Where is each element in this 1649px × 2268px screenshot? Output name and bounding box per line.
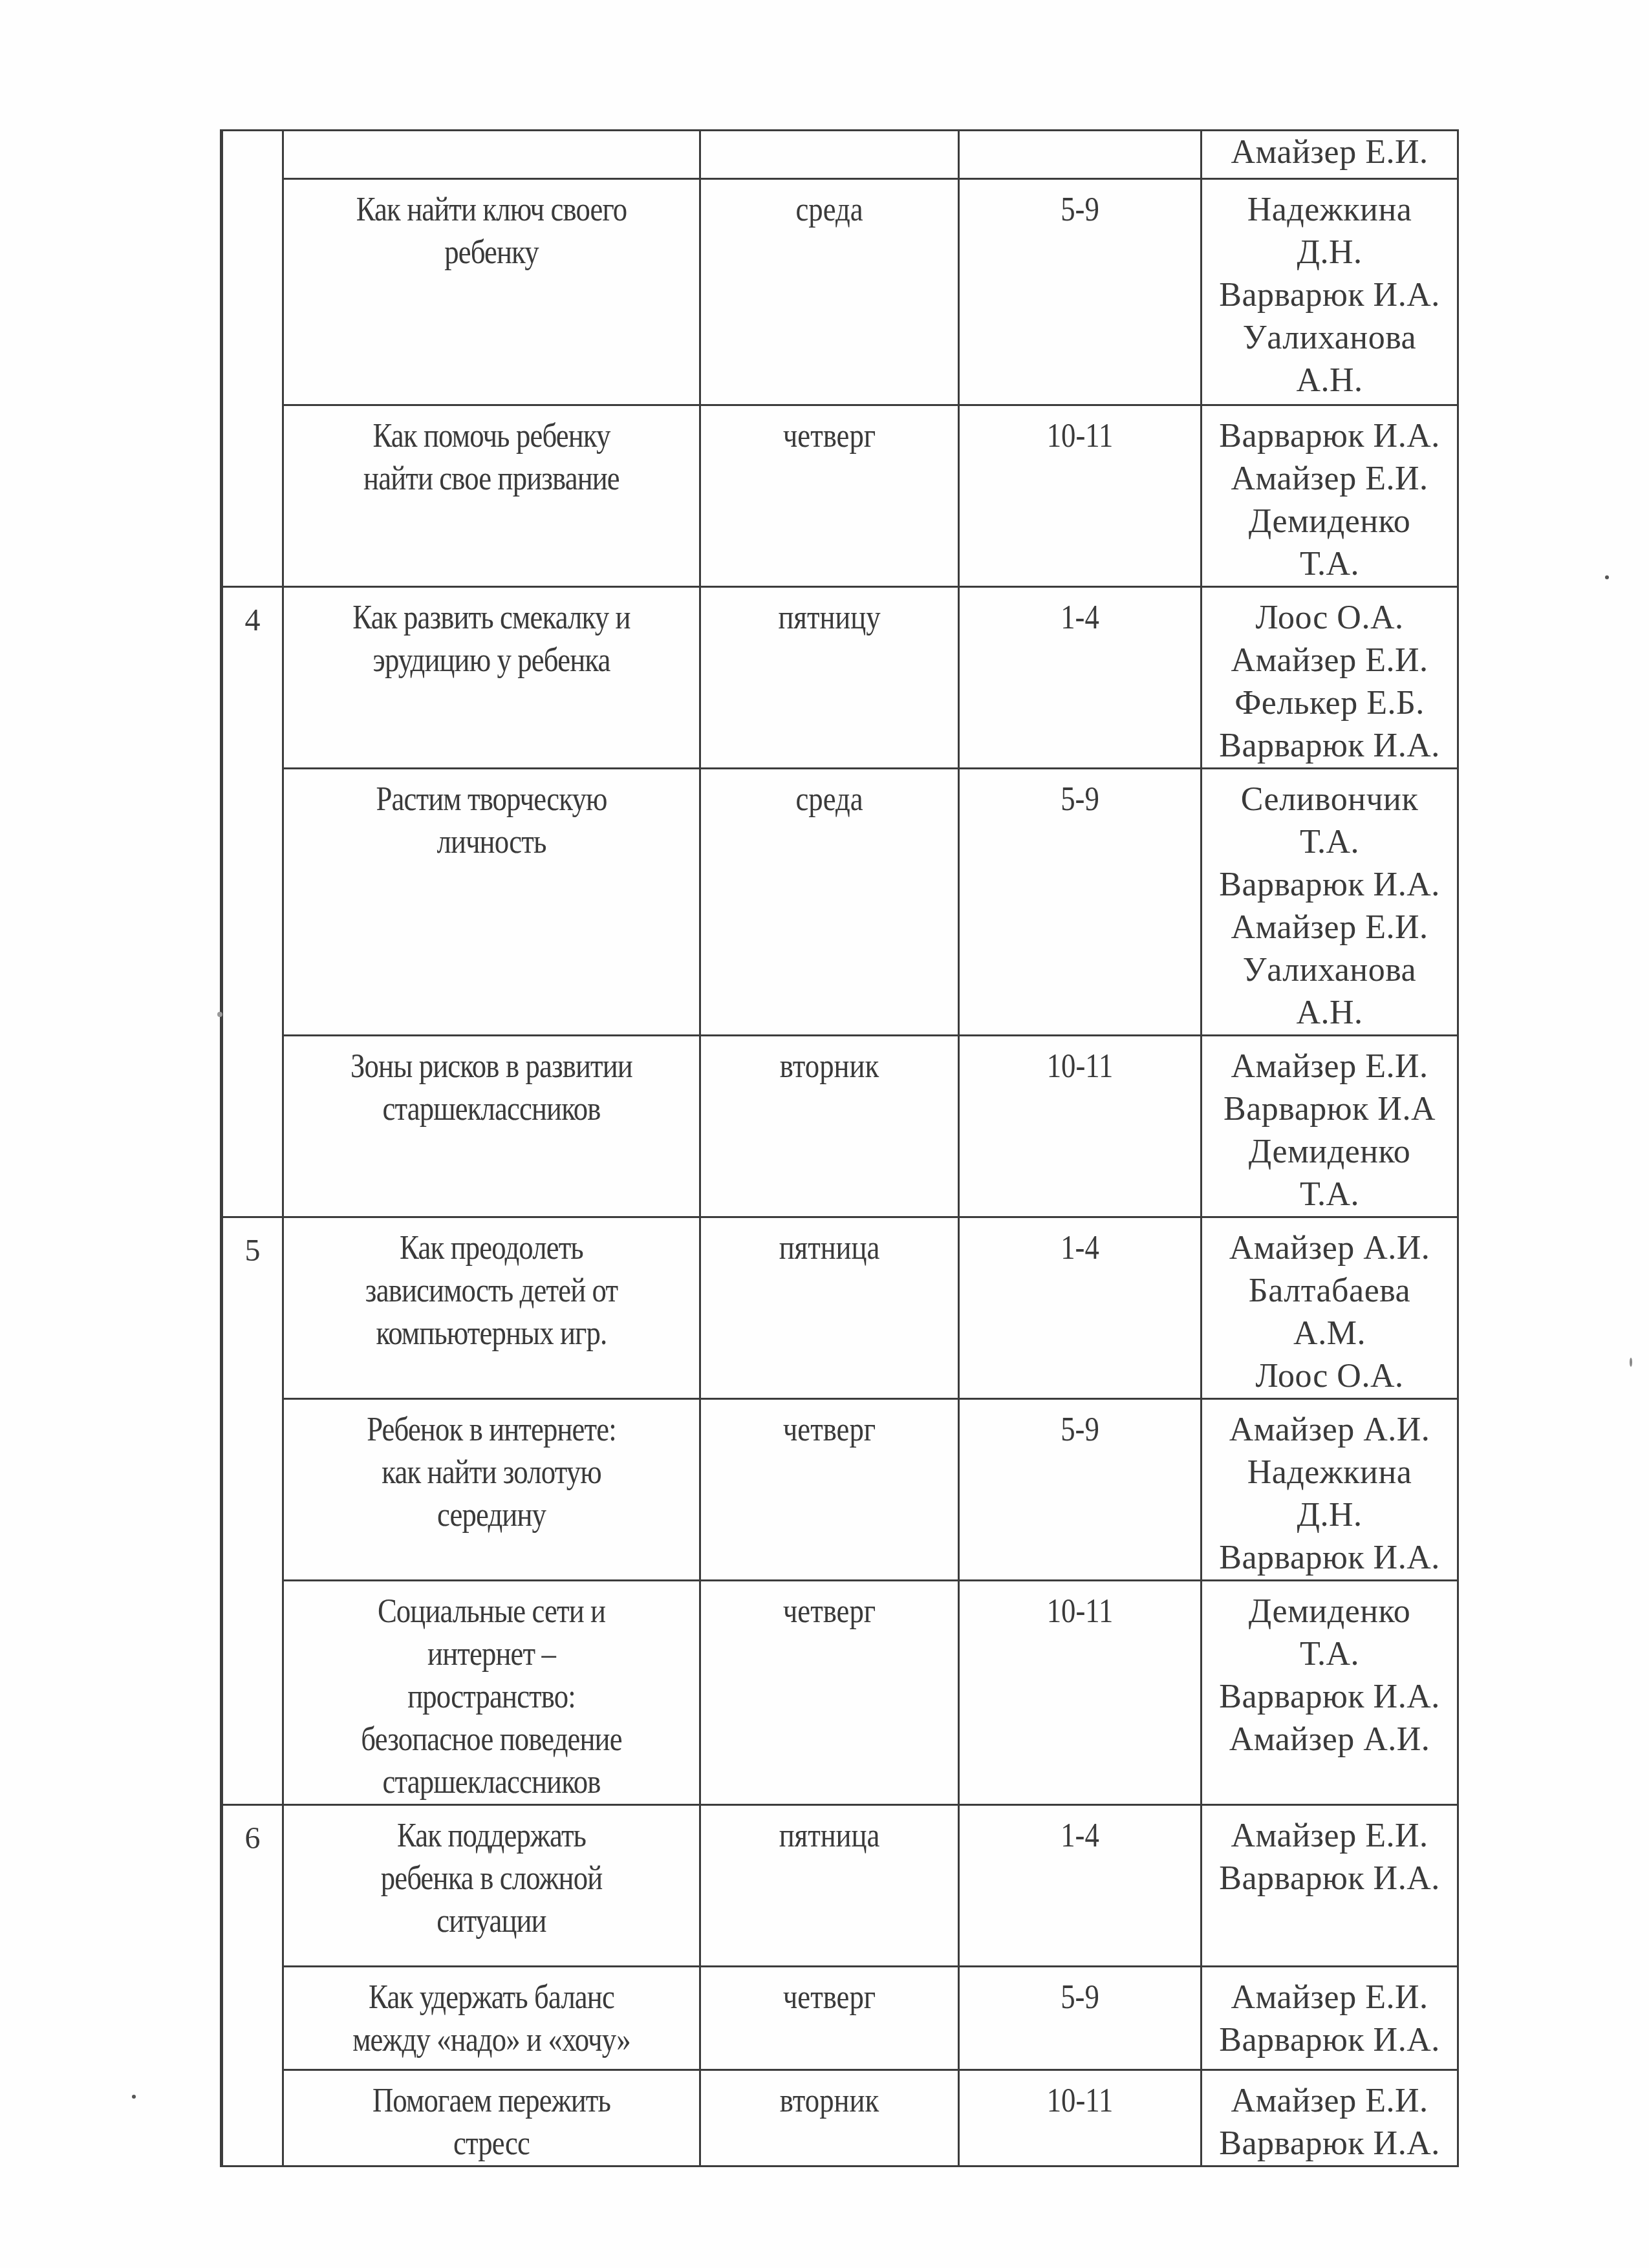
consultation-schedule-table: Амайзер Е.И.Как найти ключ своегоребенку… bbox=[220, 129, 1459, 2167]
topic-line: личность bbox=[318, 821, 665, 864]
responsible-line: Варварюк И.А bbox=[1207, 1088, 1452, 1131]
grades-line: 5-9 bbox=[981, 778, 1179, 821]
responsible-line: Д.Н. bbox=[1207, 1494, 1452, 1537]
topic-cell: Как поддержатьребенка в сложнойситуации bbox=[283, 1805, 700, 1967]
topic-cell: Как помочь ребенкунайти свое призвание bbox=[283, 405, 700, 587]
scan-speck bbox=[132, 2095, 136, 2099]
responsible-line: Уалиханова bbox=[1207, 949, 1452, 992]
topic-line: Ребенок в интернете: bbox=[318, 1409, 665, 1451]
grades-cell: 5-9 bbox=[959, 769, 1202, 1036]
responsible-line: Балтабаева bbox=[1207, 1270, 1452, 1312]
responsible-line: Варварюк И.А. bbox=[1207, 415, 1452, 458]
topic-cell: Как удержать балансмежду «надо» и «хочу» bbox=[283, 1967, 700, 2070]
responsible-line: Амайзер А.И. bbox=[1207, 1409, 1452, 1451]
table-row: 4Как развить смекалку иэрудицию у ребенк… bbox=[222, 587, 1458, 769]
topic-line: Как помочь ребенку bbox=[318, 415, 665, 458]
responsible-line: Варварюк И.А. bbox=[1207, 725, 1452, 767]
responsible-cell: ДемиденкоТ.А.Варварюк И.А.Амайзер А.И. bbox=[1202, 1581, 1458, 1805]
section-number-cell: 5 bbox=[222, 1217, 283, 1805]
weekday-cell: четверг bbox=[700, 1399, 959, 1581]
grades-line: 10-11 bbox=[981, 2080, 1179, 2123]
weekday-line: четверг bbox=[724, 1976, 936, 2019]
responsible-cell: Амайзер Е.И.Варварюк И.АДемиденкоТ.А. bbox=[1202, 1036, 1458, 1217]
topic-cell: Помогаем пережитьстресс bbox=[283, 2070, 700, 2166]
weekday-cell: вторник bbox=[700, 2070, 959, 2166]
responsible-line: Амайзер Е.И. bbox=[1207, 639, 1452, 682]
grades-line: 5-9 bbox=[981, 1409, 1179, 1451]
topic-cell: Ребенок в интернете:как найти золотуюсер… bbox=[283, 1399, 700, 1581]
responsible-line: Демиденко bbox=[1207, 1590, 1452, 1633]
weekday-cell: четверг bbox=[700, 1967, 959, 2070]
weekday-line: среда bbox=[724, 189, 936, 231]
topic-line: Как преодолеть bbox=[318, 1227, 665, 1270]
grades-cell: 10-11 bbox=[959, 1036, 1202, 1217]
responsible-cell: Амайзер А.И.НадежкинаД.Н.Варварюк И.А. bbox=[1202, 1399, 1458, 1581]
topic-line: безопасное поведение bbox=[318, 1718, 665, 1761]
responsible-cell: Амайзер Е.И.Варварюк И.А. bbox=[1202, 2070, 1458, 2166]
table-row: 5Как преодолетьзависимость детей откомпь… bbox=[222, 1217, 1458, 1399]
grades-line: 5-9 bbox=[981, 189, 1179, 231]
grades-cell: 5-9 bbox=[959, 1967, 1202, 2070]
weekday-cell: пятницу bbox=[700, 587, 959, 769]
scanned-page: Амайзер Е.И.Как найти ключ своегоребенку… bbox=[0, 0, 1649, 2268]
topic-line: зависимость детей от bbox=[318, 1270, 665, 1312]
topic-cell bbox=[283, 131, 700, 179]
topic-line: Помогаем пережить bbox=[318, 2080, 665, 2123]
responsible-line: Амайзер Е.И. bbox=[1207, 458, 1452, 500]
responsible-line: Амайзер А.И. bbox=[1207, 1227, 1452, 1270]
responsible-cell: НадежкинаД.Н.Варварюк И.А.УалихановаА.Н. bbox=[1202, 179, 1458, 405]
weekday-cell bbox=[700, 131, 959, 179]
scan-speck bbox=[1605, 575, 1609, 579]
responsible-line: Варварюк И.А. bbox=[1207, 864, 1452, 906]
table-row: 6Как поддержатьребенка в сложнойситуации… bbox=[222, 1805, 1458, 1967]
scan-speck bbox=[217, 1012, 222, 1017]
grades-cell: 1-4 bbox=[959, 1805, 1202, 1967]
responsible-line: Варварюк И.А. bbox=[1207, 274, 1452, 317]
topic-cell: Как найти ключ своегоребенку bbox=[283, 179, 700, 405]
responsible-line: Фелькер Е.Б. bbox=[1207, 682, 1452, 725]
topic-cell: Растим творческуюличность bbox=[283, 769, 700, 1036]
responsible-cell: Амайзер Е.И.Варварюк И.А. bbox=[1202, 1967, 1458, 2070]
table-row: Как найти ключ своегоребенкусреда5-9Наде… bbox=[222, 179, 1458, 405]
topic-line: пространство: bbox=[318, 1676, 665, 1718]
weekday-cell: среда bbox=[700, 179, 959, 405]
table-row: Амайзер Е.И. bbox=[222, 131, 1458, 179]
topic-cell: Зоны рисков в развитиистаршеклассников bbox=[283, 1036, 700, 1217]
weekday-line: вторник bbox=[724, 1045, 936, 1088]
grades-line: 10-11 bbox=[981, 1045, 1179, 1088]
table-row: Ребенок в интернете:как найти золотуюсер… bbox=[222, 1399, 1458, 1581]
topic-line: Как развить смекалку и bbox=[318, 597, 665, 639]
weekday-cell: четверг bbox=[700, 1581, 959, 1805]
schedule-body: Амайзер Е.И.Как найти ключ своегоребенку… bbox=[222, 131, 1458, 2166]
responsible-line: Уалиханова bbox=[1207, 317, 1452, 359]
topic-line: найти свое призвание bbox=[318, 458, 665, 500]
grades-cell: 10-11 bbox=[959, 405, 1202, 587]
weekday-line: пятница bbox=[724, 1815, 936, 1857]
topic-line: Как найти ключ своего bbox=[318, 189, 665, 231]
grades-cell bbox=[959, 131, 1202, 179]
responsible-line: Т.А. bbox=[1207, 1633, 1452, 1676]
table-row: Как удержать балансмежду «надо» и «хочу»… bbox=[222, 1967, 1458, 2070]
responsible-line: Варварюк И.А. bbox=[1207, 2019, 1452, 2062]
responsible-line: А.М. bbox=[1207, 1312, 1452, 1355]
weekday-cell: четверг bbox=[700, 405, 959, 587]
topic-line: ребенка в сложной bbox=[318, 1857, 665, 1900]
weekday-cell: вторник bbox=[700, 1036, 959, 1217]
responsible-line: Т.А. bbox=[1207, 1173, 1452, 1216]
responsible-line: Лоос О.А. bbox=[1207, 597, 1452, 639]
table-row: Социальные сети иинтернет –пространство:… bbox=[222, 1581, 1458, 1805]
topic-line: эрудицию у ребенка bbox=[318, 639, 665, 682]
responsible-cell: Варварюк И.А.Амайзер Е.И.ДемиденкоТ.А. bbox=[1202, 405, 1458, 587]
responsible-cell: СеливончикТ.А.Варварюк И.А.Амайзер Е.И.У… bbox=[1202, 769, 1458, 1036]
responsible-line: Варварюк И.А. bbox=[1207, 1857, 1452, 1900]
responsible-cell: Амайзер Е.И. bbox=[1202, 131, 1458, 179]
topic-line: интернет – bbox=[318, 1633, 665, 1676]
weekday-line: среда bbox=[724, 778, 936, 821]
topic-line: старшеклассников bbox=[318, 1761, 665, 1804]
responsible-line: А.Н. bbox=[1207, 359, 1452, 402]
topic-line: Социальные сети и bbox=[318, 1590, 665, 1633]
topic-line: компьютерных игр. bbox=[318, 1312, 665, 1355]
topic-cell: Как развить смекалку иэрудицию у ребенка bbox=[283, 587, 700, 769]
grades-line: 1-4 bbox=[981, 597, 1179, 639]
responsible-line: Варварюк И.А. bbox=[1207, 1676, 1452, 1718]
section-number-cell: 6 bbox=[222, 1805, 283, 2166]
grades-line: 10-11 bbox=[981, 1590, 1179, 1633]
grades-cell: 1-4 bbox=[959, 587, 1202, 769]
responsible-line: Надежкина bbox=[1207, 1451, 1452, 1494]
topic-line: ребенку bbox=[318, 231, 665, 274]
weekday-line: четверг bbox=[724, 1409, 936, 1451]
weekday-line: четверг bbox=[724, 415, 936, 458]
responsible-line: Амайзер Е.И. bbox=[1207, 2080, 1452, 2123]
responsible-line: Д.Н. bbox=[1207, 231, 1452, 274]
responsible-line: Т.А. bbox=[1207, 821, 1452, 864]
responsible-line: Варварюк И.А. bbox=[1207, 1537, 1452, 1579]
scan-speck bbox=[1630, 1358, 1632, 1367]
grades-cell: 5-9 bbox=[959, 179, 1202, 405]
topic-line: середину bbox=[318, 1494, 665, 1537]
responsible-cell: Лоос О.А.Амайзер Е.И.Фелькер Е.Б.Варварю… bbox=[1202, 587, 1458, 769]
responsible-line: Амайзер Е.И. bbox=[1207, 906, 1452, 949]
responsible-line: Амайзер А.И. bbox=[1207, 1718, 1452, 1761]
weekday-cell: пятница bbox=[700, 1217, 959, 1399]
responsible-line: Надежкина bbox=[1207, 189, 1452, 231]
grades-cell: 10-11 bbox=[959, 2070, 1202, 2166]
responsible-line: Т.А. bbox=[1207, 543, 1452, 586]
responsible-line: Селивончик bbox=[1207, 778, 1452, 821]
section-number-cell bbox=[222, 131, 283, 587]
weekday-cell: среда bbox=[700, 769, 959, 1036]
responsible-line: А.Н. bbox=[1207, 992, 1452, 1034]
topic-line: стресс bbox=[318, 2123, 665, 2165]
table-row: Помогаем пережитьстрессвторник10-11Амайз… bbox=[222, 2070, 1458, 2166]
grades-cell: 10-11 bbox=[959, 1581, 1202, 1805]
weekday-line: пятница bbox=[724, 1227, 936, 1270]
weekday-line: пятницу bbox=[724, 597, 936, 639]
topic-line: Зоны рисков в развитии bbox=[318, 1045, 665, 1088]
grades-line: 1-4 bbox=[981, 1815, 1179, 1857]
topic-line: ситуации bbox=[318, 1900, 665, 1943]
responsible-line: Амайзер Е.И. bbox=[1207, 1045, 1452, 1088]
table-row: Как помочь ребенкунайти свое призваниече… bbox=[222, 405, 1458, 587]
topic-line: между «надо» и «хочу» bbox=[318, 2019, 665, 2062]
grades-line: 1-4 bbox=[981, 1227, 1179, 1270]
responsible-line: Амайзер Е.И. bbox=[1207, 131, 1452, 174]
weekday-cell: пятница bbox=[700, 1805, 959, 1967]
responsible-line: Демиденко bbox=[1207, 500, 1452, 543]
responsible-line: Лоос О.А. bbox=[1207, 1355, 1452, 1398]
topic-line: старшеклассников bbox=[318, 1088, 665, 1131]
topic-line: Как удержать баланс bbox=[318, 1976, 665, 2019]
section-number-cell: 4 bbox=[222, 587, 283, 1217]
weekday-line: вторник bbox=[724, 2080, 936, 2123]
responsible-cell: Амайзер А.И.БалтабаеваА.М.Лоос О.А. bbox=[1202, 1217, 1458, 1399]
grades-line: 5-9 bbox=[981, 1976, 1179, 2019]
responsible-line: Амайзер Е.И. bbox=[1207, 1815, 1452, 1857]
responsible-line: Амайзер Е.И. bbox=[1207, 1976, 1452, 2019]
grades-cell: 1-4 bbox=[959, 1217, 1202, 1399]
weekday-line: четверг bbox=[724, 1590, 936, 1633]
grades-cell: 5-9 bbox=[959, 1399, 1202, 1581]
topic-cell: Социальные сети иинтернет –пространство:… bbox=[283, 1581, 700, 1805]
topic-cell: Как преодолетьзависимость детей откомпью… bbox=[283, 1217, 700, 1399]
topic-line: Растим творческую bbox=[318, 778, 665, 821]
responsible-cell: Амайзер Е.И.Варварюк И.А. bbox=[1202, 1805, 1458, 1967]
table-row: Растим творческуюличностьсреда5-9Селивон… bbox=[222, 769, 1458, 1036]
topic-line: как найти золотую bbox=[318, 1451, 665, 1494]
table-row: Зоны рисков в развитиистаршеклассниковвт… bbox=[222, 1036, 1458, 1217]
grades-line: 10-11 bbox=[981, 415, 1179, 458]
responsible-line: Демиденко bbox=[1207, 1131, 1452, 1173]
responsible-line: Варварюк И.А. bbox=[1207, 2123, 1452, 2165]
topic-line: Как поддержать bbox=[318, 1815, 665, 1857]
